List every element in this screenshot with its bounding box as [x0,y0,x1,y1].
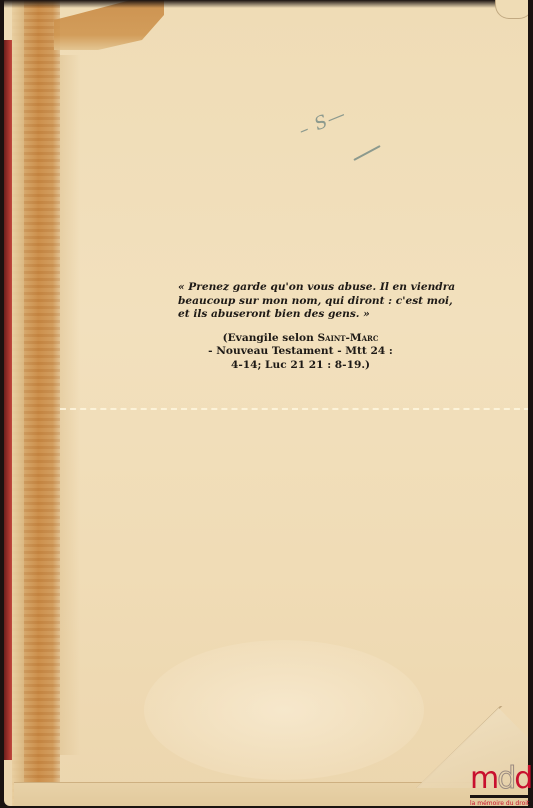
citation: (Evangile selon Saint-Marc - Nouveau Tes… [178,332,423,373]
logo-letters: mdd [470,764,531,794]
quote-line: beaucoup sur mon nom, qui diront : c'est… [178,295,423,309]
logo-d: d [514,761,531,796]
quote-text: « Prenez garde qu'on vous abuse. Il en v… [178,281,423,322]
citation-prefix: (Evangile selon [223,332,318,344]
quote-line: « Prenez garde qu'on vous abuse. Il en v… [178,281,423,295]
top-edge-shadow [0,0,533,8]
mdd-logo: mdd la mémoire du droit [470,764,533,808]
fold-crease [60,408,530,410]
paper-stain [144,640,424,780]
logo-m: m [470,761,497,796]
logo-bar [470,795,533,798]
logo-tagline: la mémoire du droit [470,800,529,807]
book-page [4,0,531,806]
citation-line: (Evangile selon Saint-Marc [178,332,423,346]
citation-line: - Nouveau Testament - Mtt 24 : [178,345,423,359]
citation-line: 4-14; Luc 21 21 : 8-19.) [178,359,423,373]
citation-author: Saint-Marc [317,332,378,344]
right-edge-shadow [528,0,533,808]
epigraph: « Prenez garde qu'on vous abuse. Il en v… [178,281,423,372]
quote-line: et ils abuseront bien des gens. » [178,308,423,322]
tape-edge [12,0,24,806]
logo-d-outline: d [497,761,514,796]
panel-shade [60,55,80,755]
